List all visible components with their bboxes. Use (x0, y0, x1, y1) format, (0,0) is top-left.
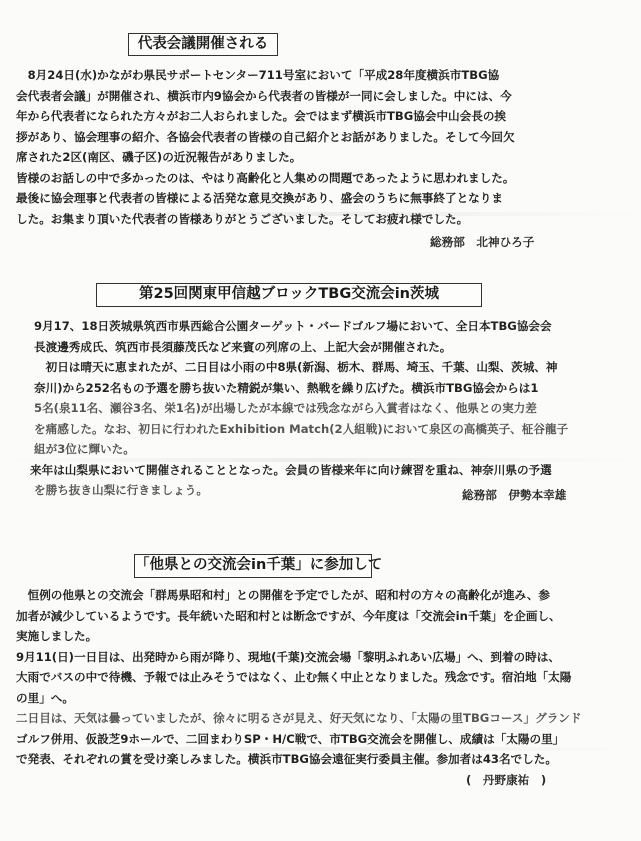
body-line: 組が3位に輝いた。 (34, 439, 568, 460)
body-line: 恒例の他県との交流会「群馬県昭和村」との開催を予定でしたが、昭和村の方々の高齢化… (16, 585, 582, 606)
section-3-title: 「他県との交流会in千葉」に参加して (134, 554, 372, 578)
body-line: 加者が減少しているようです。長年続いた昭和村とは断念ですが、今年度は「交流会in… (16, 606, 582, 627)
body-line: 二日目は、天気は曇っていましたが、徐々に明るさが見え、好天気になり、「太陽の里T… (16, 708, 582, 729)
body-line: 拶があり、協会理事の紹介、各協会代表者の皆様の自己紹介とお話がありました。そして… (16, 127, 515, 148)
body-line: 8月24日(水)かながわ県民サポートセンター711号室において「平成28年度横浜… (16, 65, 515, 86)
body-line: 奈川)から252名もの予選を勝ち抜いた精鋭が集い、熱戦を繰り広げた。横浜市TBG… (34, 378, 568, 399)
body-line: 来年は山梨県において開催されることとなった。会員の皆様来年に向け練習を重ね、神奈… (30, 460, 568, 481)
section-2-title: 第25回関東甲信越ブロックTBG交流会in茨城 (96, 283, 482, 307)
section-2-body: 9月17、18日茨城県筑西市県西総合公園ターゲット・バードゴルフ場において、全日… (34, 316, 568, 501)
section-3-body: 恒例の他県との交流会「群馬県昭和村」との開催を予定でしたが、昭和村の方々の高齢化… (16, 585, 582, 770)
body-line: 皆様のお話しの中で多かったのは、やはり高齢化と人集めの問題であったように思われま… (16, 168, 515, 189)
body-line: を痛感した。なお、初日に行われたExhibition Match(2人組戦)にお… (34, 419, 568, 440)
section-3-signature: ( 丹野康祐 ) (466, 772, 546, 788)
section-1-title: 代表会議開催される (128, 33, 278, 56)
body-line: 長渡邊秀成氏、筑西市長須藤茂氏など来賓の列席の上、上記大会が開催された。 (34, 337, 568, 358)
section-1-signature: 総務部 北神ひろ子 (430, 234, 534, 250)
body-line: 会代表者会議」が開催され、横浜市内9協会から代表者の皆様が一同に会しました。中に… (16, 86, 515, 107)
body-line: 年から代表者になられた方々がお二人おられました。会ではまず横浜市TBG協会中山会… (16, 106, 515, 127)
body-line: 大雨でバスの中で待機、予報では止みそうではなく、止む無く中止となりました。残念で… (16, 667, 582, 688)
body-line: 5名(泉11名、瀬谷3名、栄1名)が出場したが本線では残念ながら入賞者はなく、他… (34, 398, 568, 419)
body-line: 初日は晴天に恵まれたが、二日目は小雨の中8県(新潟、栃木、群馬、埼玉、千葉、山梨… (34, 357, 568, 378)
body-line: 席された2区(南区、磯子区)の近況報告がありました。 (16, 147, 515, 168)
body-line: 実施しました。 (16, 626, 582, 647)
body-line: 9月11(日)一日目は、出発時から雨が降り、現地(千葉)交流会場「黎明ふれあい広… (16, 647, 582, 668)
section-1-body: 8月24日(水)かながわ県民サポートセンター711号室において「平成28年度横浜… (16, 65, 515, 229)
body-line: で発表、それぞれの賞を受け楽しみました。横浜市TBG協会遠征実行委員主催。参加者… (16, 749, 582, 770)
body-line: 9月17、18日茨城県筑西市県西総合公園ターゲット・バードゴルフ場において、全日… (34, 316, 568, 337)
body-line: 最後に協会理事と代表者の皆様による活発な意見交換があり、盛会のうちに無事終了とな… (16, 188, 515, 209)
body-line: ゴルフ併用、仮設芝9ホールで、二回まわりSP・H/C戦で、市TBG交流会を開催し… (16, 729, 582, 750)
body-line: の里」へ。 (16, 688, 582, 709)
section-2-signature: 総務部 伊勢本幸雄 (462, 487, 566, 503)
